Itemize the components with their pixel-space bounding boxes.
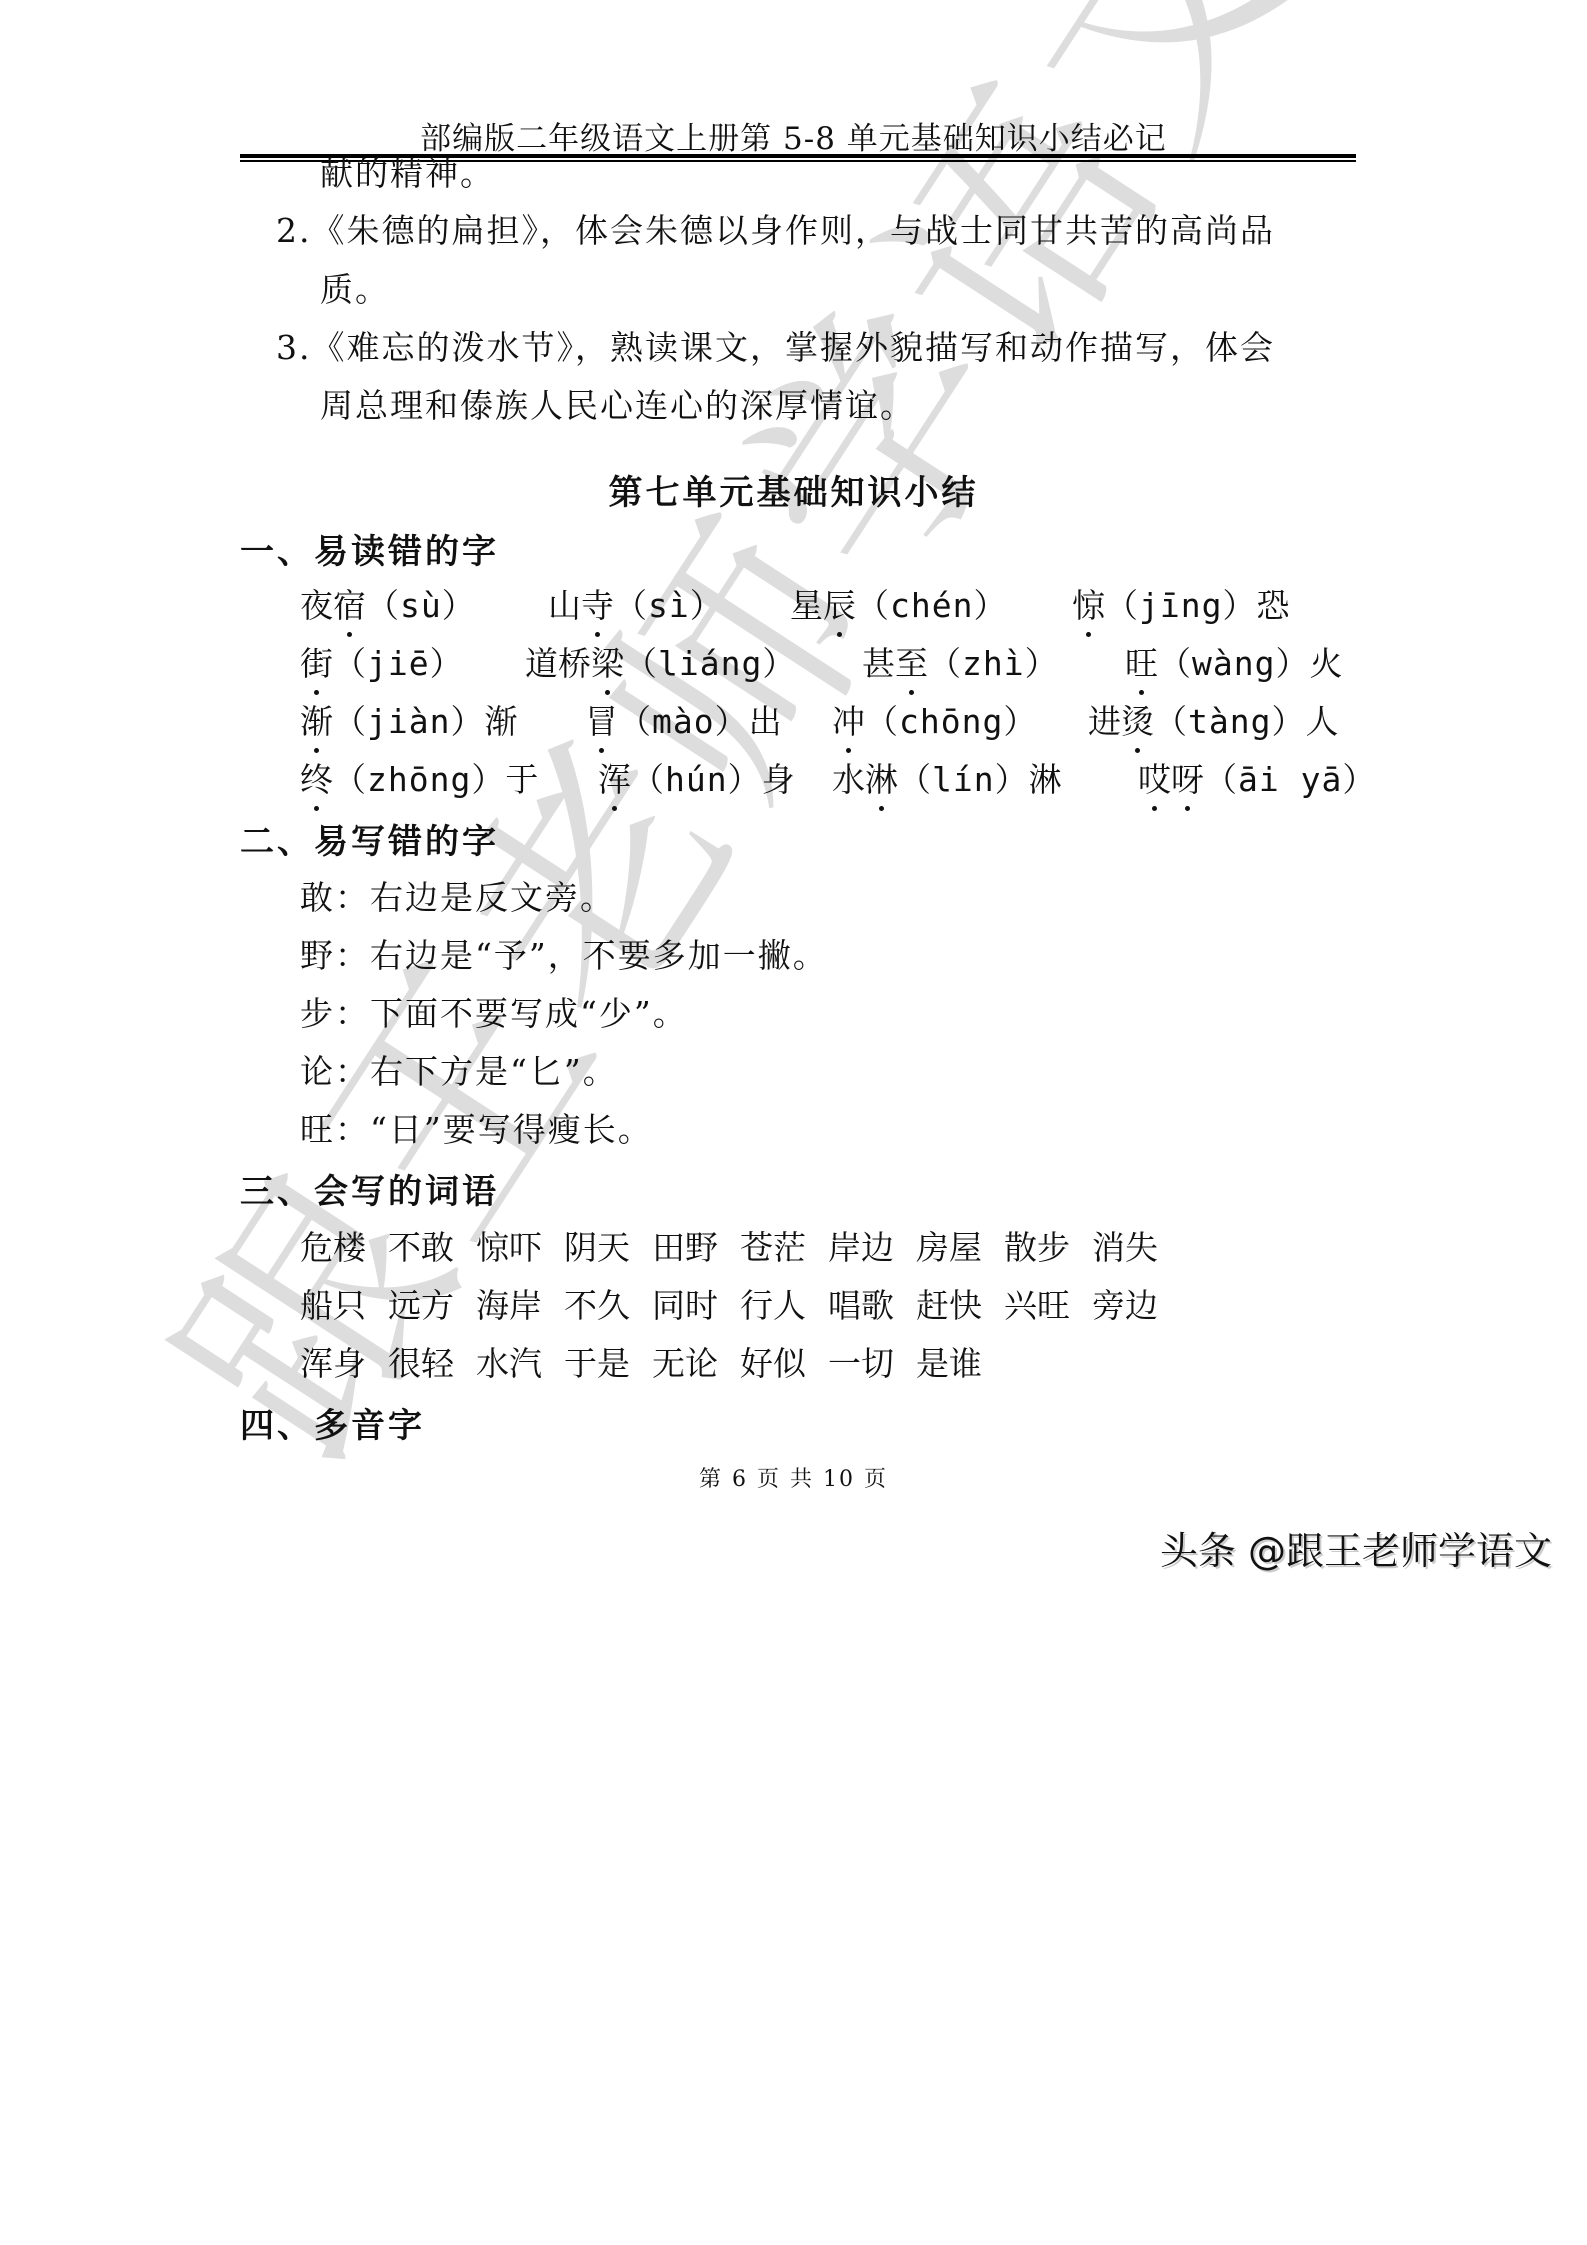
word: 海岸 — [476, 1286, 542, 1325]
word: 无论 — [652, 1344, 718, 1383]
word: 很轻 — [388, 1344, 454, 1383]
list-item-3-line1: 3.《难忘的泼水节》，熟读课文，掌握外貌描写和动作描写，体会 — [276, 322, 1275, 369]
document-header-title: 部编版二年级语文上册第 5-8 单元基础知识小结必记 — [0, 113, 1587, 158]
pinyin-entry: 旺（wàng）火 — [1125, 638, 1342, 685]
word: 房屋 — [916, 1228, 982, 1267]
pinyin-entry: 浑（hún）身 — [598, 754, 795, 801]
miswrite-item: 敢：右边是反文旁。 — [300, 872, 615, 919]
pinyin-entry: 甚至（zhì） — [862, 638, 1059, 685]
pinyin-entry: 冲（chōng） — [832, 696, 1037, 743]
page-number: 第 6 页 共 10 页 — [0, 1462, 1587, 1493]
list-item-3-line2: 周总理和傣族人民心连心的深厚情谊。 — [320, 380, 915, 427]
carryover-line: 献的精神。 — [320, 148, 495, 195]
word: 行人 — [740, 1286, 806, 1325]
miswrite-item: 论：右下方是“匕”。 — [300, 1046, 618, 1093]
word: 不敢 — [388, 1228, 454, 1267]
word: 危楼 — [300, 1228, 366, 1267]
pinyin-entry: 道桥梁（liáng） — [525, 638, 796, 685]
section-heading-polyphonic: 四、多音字 — [240, 1398, 425, 1447]
word: 于是 — [564, 1344, 630, 1383]
word: 好似 — [740, 1344, 806, 1383]
section-heading-easy-miswrite: 二、易写错的字 — [240, 814, 499, 863]
words-row-3: 浑身很轻水汽于是无论好似一切是谁 — [300, 1338, 1004, 1385]
word: 岸边 — [828, 1228, 894, 1267]
word: 赶快 — [916, 1286, 982, 1325]
word: 是谁 — [916, 1344, 982, 1383]
pinyin-entry: 星辰（chén） — [790, 580, 1007, 627]
miswrite-item: 旺：“日”要写得瘦长。 — [300, 1104, 653, 1151]
pinyin-entry: 渐（jiàn）渐 — [300, 696, 517, 743]
pinyin-entry: 终（zhōng）于 — [300, 754, 538, 801]
pinyin-entry: 惊（jīng）恐 — [1072, 580, 1289, 627]
miswrite-item: 野：右边是“予”，不要多加一撇。 — [300, 930, 828, 977]
list-item-2-line1: 2.《朱德的扁担》，体会朱德以身作则，与战士同甘共苦的高尚品 — [276, 205, 1275, 252]
pinyin-entry: 进烫（tàng）人 — [1088, 696, 1338, 743]
unit-title: 第七单元基础知识小结 — [0, 465, 1587, 514]
section-heading-easy-misread: 一、易读错的字 — [240, 524, 499, 573]
word: 不久 — [564, 1286, 630, 1325]
word: 惊吓 — [476, 1228, 542, 1267]
miswrite-item: 步：下面不要写成“少”。 — [300, 988, 688, 1035]
word: 船只 — [300, 1286, 366, 1325]
pinyin-entry: 水淋（lín）淋 — [832, 754, 1062, 801]
section-heading-words: 三、会写的词语 — [240, 1164, 499, 1213]
words-row-1: 危楼不敢惊吓阴天田野苍茫岸边房屋散步消失 — [300, 1222, 1180, 1269]
words-row-2: 船只远方海岸不久同时行人唱歌赶快兴旺旁边 — [300, 1280, 1180, 1327]
pinyin-entry: 夜宿（sù） — [300, 580, 476, 627]
pinyin-entry: 冒（mào）出 — [585, 696, 782, 743]
word: 远方 — [388, 1286, 454, 1325]
pinyin-entry: 哎呀（āi yā） — [1138, 754, 1376, 801]
word: 旁边 — [1092, 1286, 1158, 1325]
word: 消失 — [1092, 1228, 1158, 1267]
word: 兴旺 — [1004, 1286, 1070, 1325]
word: 水汽 — [476, 1344, 542, 1383]
word: 散步 — [1004, 1228, 1070, 1267]
word: 浑身 — [300, 1344, 366, 1383]
list-item-2-line2: 质。 — [320, 264, 390, 311]
word: 一切 — [828, 1344, 894, 1383]
word: 唱歌 — [828, 1286, 894, 1325]
pinyin-entry: 山寺（sì） — [548, 580, 724, 627]
brand-watermark: 头条 @跟王老师学语文 — [1160, 1520, 1552, 1575]
word: 苍茫 — [740, 1228, 806, 1267]
word: 田野 — [652, 1228, 718, 1267]
pinyin-entry: 街（jiē） — [300, 638, 464, 685]
word: 同时 — [652, 1286, 718, 1325]
word: 阴天 — [564, 1228, 630, 1267]
